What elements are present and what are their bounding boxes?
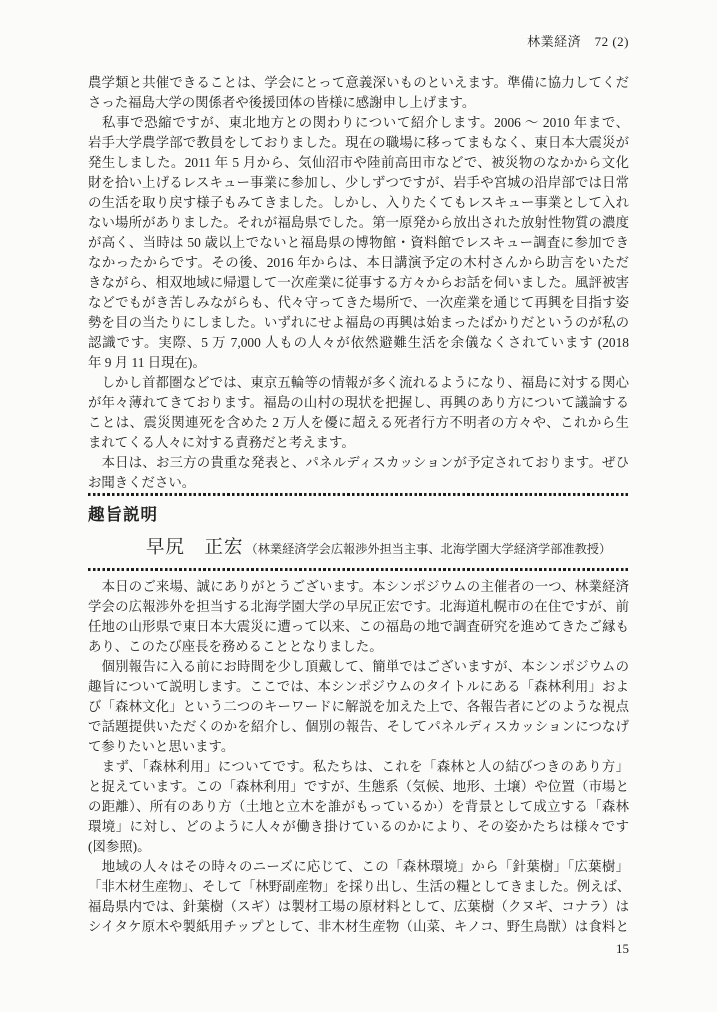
section-heading: 趣旨説明: [88, 505, 158, 525]
text-line: などでもがき苦しみながらも、代々守ってきた場所で、一次産業を通じて再興を目指す姿: [88, 293, 629, 313]
text-line: きながら、相双地域に帰還して一次産業に従事する方々からお話を伺いました。風評被害: [88, 273, 629, 293]
text-line: しかし首都圏などでは、東京五輪等の情報が多く流れるようになり、福島に対する関心: [88, 373, 629, 393]
text-line: が高く、当時は 50 歳以上でないと福島県の博物館・資料館でレスキュー調査に参加…: [88, 233, 629, 253]
speaker-line: 早尻 正宏（林業経済学会広報渉外担当主事、北海学園大学経済学部准教授）: [146, 533, 629, 559]
text-line: の生活を取り戻す様子もみてきました。しかし、入りたくてもレスキュー事業として入れ: [88, 193, 629, 213]
text-line: 「非木材生産物」、そして「林野副産物」を採り出し、生活の糧としてきました。例えば…: [88, 877, 629, 897]
dotted-divider-bottom: [88, 568, 629, 571]
text-line: 福島県内では、針葉樹（スギ）は製材工場の原材料として、広葉樹（クヌギ、コナラ）は: [88, 897, 629, 917]
dotted-divider-top: [88, 493, 629, 496]
text-line: あり、このたび座長を務めることとなりました。: [88, 637, 629, 657]
text-line: まず、「森林利用」についてです。私たちは、これを「森林と人の結びつきのあり方」: [88, 757, 629, 777]
text-line: 環境」に対し、どのように人々が働き掛けているのかにより、その姿かたちは様々です: [88, 817, 629, 837]
text-line: て参りたいと思います。: [88, 737, 629, 757]
text-line: 本日は、お三方の貴重な発表と、パネルディスカッションが予定されております。ぜひ: [88, 453, 629, 473]
text-line: 学会の広報渉外を担当する北海学園大学の早尻正宏です。北海道札幌市の在住ですが、前: [88, 597, 629, 617]
text-line: 発生しました。2011 年 5 月から、気仙沼市や陸前高田市などで、被災物のなか…: [88, 153, 629, 173]
text-line: 年 9 月 11 日現在)。: [88, 353, 629, 373]
text-line: シイタケ原木や製紙用チップとして、非木材生産物（山菜、キノコ、野生鳥獣）は食料と: [88, 917, 629, 937]
speaker-affiliation: （林業経済学会広報渉外担当主事、北海学園大学経済学部准教授）: [246, 542, 612, 556]
text-line: 勢を目の当たりにしました。いずれにせよ福島の再興は始まったばかりだというのが私の: [88, 313, 629, 333]
text-line: の距離）、所有のあり方（土地と立木を誰がもっているか）を背景として成立する「森林: [88, 797, 629, 817]
text-line: なかったからです。その後、2016 年からは、本日講演予定の木村さんから助言をい…: [88, 253, 629, 273]
text-line: お聞きください。: [88, 473, 629, 493]
speaker-name: 早尻 正宏: [146, 538, 244, 558]
text-line: で話題提供いただくのかを紹介し、個別の報告、そしてパネルディスカッションにつなげ: [88, 717, 629, 737]
text-line: び「森林文化」という二つのキーワードに解説を加えた上で、各報告者にどのような視点: [88, 697, 629, 717]
text-line: さった福島大学の関係者や後援団体の皆様に感謝申し上げます。: [88, 93, 629, 113]
text-line: 任地の山形県で東日本大震災に遭って以来、この福島の地で調査研究を進めてきたご縁も: [88, 617, 629, 637]
text-line: ことは、震災関連死を含めた 2 万人を優に超える死者行方不明者の方々や、これから…: [88, 413, 629, 433]
text-line: 岩手大学農学部で教員をしておりました。現在の職場に移ってまもなく、東日本大震災が: [88, 133, 629, 153]
greeting-section: 農学類と共催できることは、学会にとって意義深いものといえます。準備に協力してくだ…: [88, 73, 629, 493]
text-line: まれてくる人々に対する責務だと考えます。: [88, 433, 629, 453]
text-line: 個別報告に入る前にお時間を少し頂戴して、簡単ではございますが、本シンポジウムの: [88, 657, 629, 677]
journal-header: 林業経済 72 (2): [88, 34, 629, 50]
text-line: (図参照)。: [88, 837, 629, 857]
text-line: 趣旨について説明します。ここでは、本シンポジウムのタイトルにある「森林利用」およ: [88, 677, 629, 697]
text-line: 財を拾い上げるレスキュー事業に参加し、少しずつですが、岩手や宮城の沿岸部では日常: [88, 173, 629, 193]
text-line: 認識です。実際、5 万 7,000 人もの人々が依然避難生活を余儀なくされていま…: [88, 333, 629, 353]
page-number: 15: [88, 941, 629, 957]
text-line: 地域の人々はその時々のニーズに応じて、この「森林環境」から「針葉樹」「広葉樹」: [88, 857, 629, 877]
text-line: 本日のご来場、誠にありがとうございます。本シンポジウムの主催者の一つ、林業経済: [88, 577, 629, 597]
document-page: 林業経済 72 (2) 農学類と共催できることは、学会にとって意義深いものといえ…: [0, 0, 717, 1012]
explanation-section: 本日のご来場、誠にありがとうございます。本シンポジウムの主催者の一つ、林業経済学…: [88, 577, 629, 937]
text-line: ない場所がありました。それが福島県でした。第一原発から放出された放射性物質の濃度: [88, 213, 629, 233]
text-line: が年々薄れてきております。福島の山村の現状を把握し、再興のあり方について議論する: [88, 393, 629, 413]
text-line: と捉えています。この「森林利用」ですが、生態系（気候、地形、土壌）や位置（市場と: [88, 777, 629, 797]
text-line: 私事で恐縮ですが、東北地方との関わりについて紹介します。2006 〜 2010 …: [88, 113, 629, 133]
text-line: 農学類と共催できることは、学会にとって意義深いものといえます。準備に協力してくだ: [88, 73, 629, 93]
